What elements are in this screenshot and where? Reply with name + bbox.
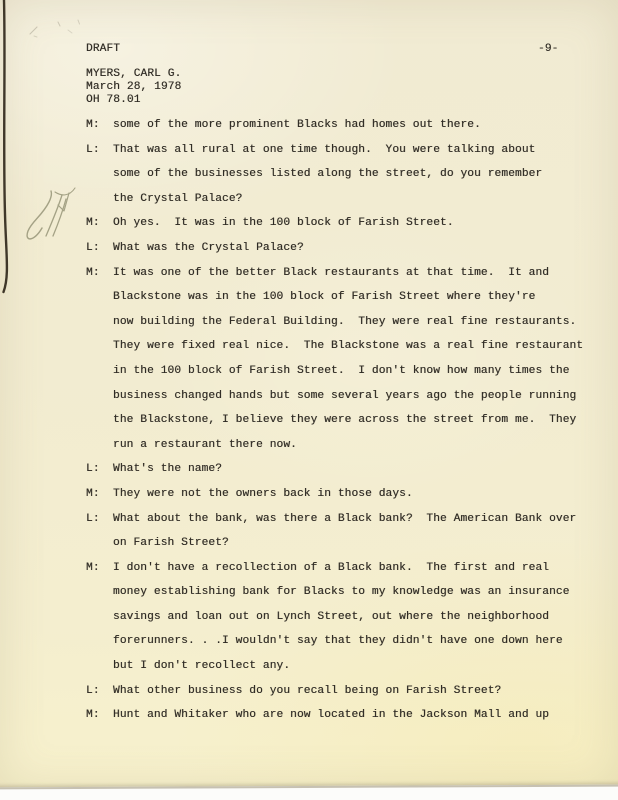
transcript-line: run a restaurant there now. (113, 433, 606, 458)
transcript-line: on Farish Street? (113, 531, 606, 556)
entry-lines: They were not the owners back in those d… (113, 482, 606, 507)
transcript-entry: M:They were not the owners back in those… (86, 482, 606, 507)
transcript-entry: M:some of the more prominent Blacks had … (86, 113, 606, 138)
transcript-line: They were fixed real nice. The Blackston… (113, 334, 606, 359)
transcript-line: What's the name? (113, 457, 606, 482)
speaker-label: L: (86, 679, 100, 704)
document-header: MYERS, CARL G. March 28, 1978 OH 78.01 (86, 68, 181, 106)
transcript-line: They were not the owners back in those d… (113, 482, 606, 507)
transcript-line: savings and loan out on Lynch Street, ou… (113, 605, 606, 630)
entry-lines: I don't have a recollection of a Black b… (113, 556, 606, 679)
transcript-line: What about the bank, was there a Black b… (113, 507, 606, 532)
transcript-line: now building the Federal Building. They … (113, 310, 606, 335)
transcript-entry: M:I don't have a recollection of a Black… (86, 556, 606, 679)
speaker-label: M: (86, 703, 100, 728)
entry-lines: some of the more prominent Blacks had ho… (113, 113, 606, 138)
speaker-label: M: (86, 482, 100, 507)
transcript-line: Oh yes. It was in the 100 block of Faris… (113, 211, 606, 236)
entry-lines: What other business do you recall being … (113, 679, 606, 704)
speaker-label: L: (86, 236, 100, 261)
speaker-label: M: (86, 113, 100, 138)
transcript-entry: M:Oh yes. It was in the 100 block of Far… (86, 211, 606, 236)
transcript-line: some of the businesses listed along the … (113, 162, 606, 187)
entry-lines: What about the bank, was there a Black b… (113, 507, 606, 556)
transcript-entry: M:It was one of the better Black restaur… (86, 261, 606, 458)
transcript-entry: L:What was the Crystal Palace? (86, 236, 606, 261)
oral-history-number: OH 78.01 (86, 94, 181, 107)
transcript-line: business changed hands but some several … (113, 384, 606, 409)
transcript-entry: L:That was all rural at one time though.… (86, 138, 606, 212)
transcript-line: in the 100 block of Farish Street. I don… (113, 359, 606, 384)
scanned-transcript-page: DRAFT -9- MYERS, CARL G. March 28, 1978 … (0, 0, 618, 800)
transcript-line: What was the Crystal Palace? (113, 236, 606, 261)
transcript-line: money establishing bank for Blacks to my… (113, 580, 606, 605)
transcript-line: Hunt and Whitaker who are now located in… (113, 703, 606, 728)
handwritten-scribble (22, 178, 84, 250)
transcript-entry: L:What's the name? (86, 457, 606, 482)
interview-date: March 28, 1978 (86, 81, 181, 94)
transcript-line: some of the more prominent Blacks had ho… (113, 113, 606, 138)
transcript-line: What other business do you recall being … (113, 679, 606, 704)
transcript-entry: L:What about the bank, was there a Black… (86, 507, 606, 556)
paper-sheet: DRAFT -9- MYERS, CARL G. March 28, 1978 … (0, 0, 618, 789)
transcript-line: the Blackstone, I believe they were acro… (113, 408, 606, 433)
transcript-line: the Crystal Palace? (113, 187, 606, 212)
page-number: -9- (538, 43, 558, 55)
scan-background-strip (0, 785, 618, 800)
transcript-line: It was one of the better Black restauran… (113, 261, 606, 286)
transcript-line: That was all rural at one time though. Y… (113, 138, 606, 163)
entry-lines: What's the name? (113, 457, 606, 482)
speaker-label: M: (86, 211, 100, 236)
speaker-label: L: (86, 138, 100, 163)
interviewee-name: MYERS, CARL G. (86, 68, 181, 81)
entry-lines: Hunt and Whitaker who are now located in… (113, 703, 606, 728)
speaker-label: L: (86, 507, 100, 532)
pencil-marks (20, 14, 94, 46)
transcript-body: M:some of the more prominent Blacks had … (86, 113, 606, 728)
entry-lines: Oh yes. It was in the 100 block of Faris… (113, 211, 606, 236)
entry-lines: What was the Crystal Palace? (113, 236, 606, 261)
transcript-line: I don't have a recollection of a Black b… (113, 556, 606, 581)
transcript-line: forerunners. . .I wouldn't say that they… (113, 629, 606, 654)
transcript-line: Blackstone was in the 100 block of Faris… (113, 285, 606, 310)
speaker-label: M: (86, 556, 100, 581)
transcript-entry: M:Hunt and Whitaker who are now located … (86, 703, 606, 728)
speaker-label: M: (86, 261, 100, 286)
entry-lines: It was one of the better Black restauran… (113, 261, 606, 458)
scan-edge-stroke (0, 0, 14, 296)
transcript-line: but I don't recollect any. (113, 654, 606, 679)
speaker-label: L: (86, 457, 100, 482)
draft-status-label: DRAFT (86, 43, 120, 55)
transcript-entry: L:What other business do you recall bein… (86, 679, 606, 704)
entry-lines: That was all rural at one time though. Y… (113, 138, 606, 212)
